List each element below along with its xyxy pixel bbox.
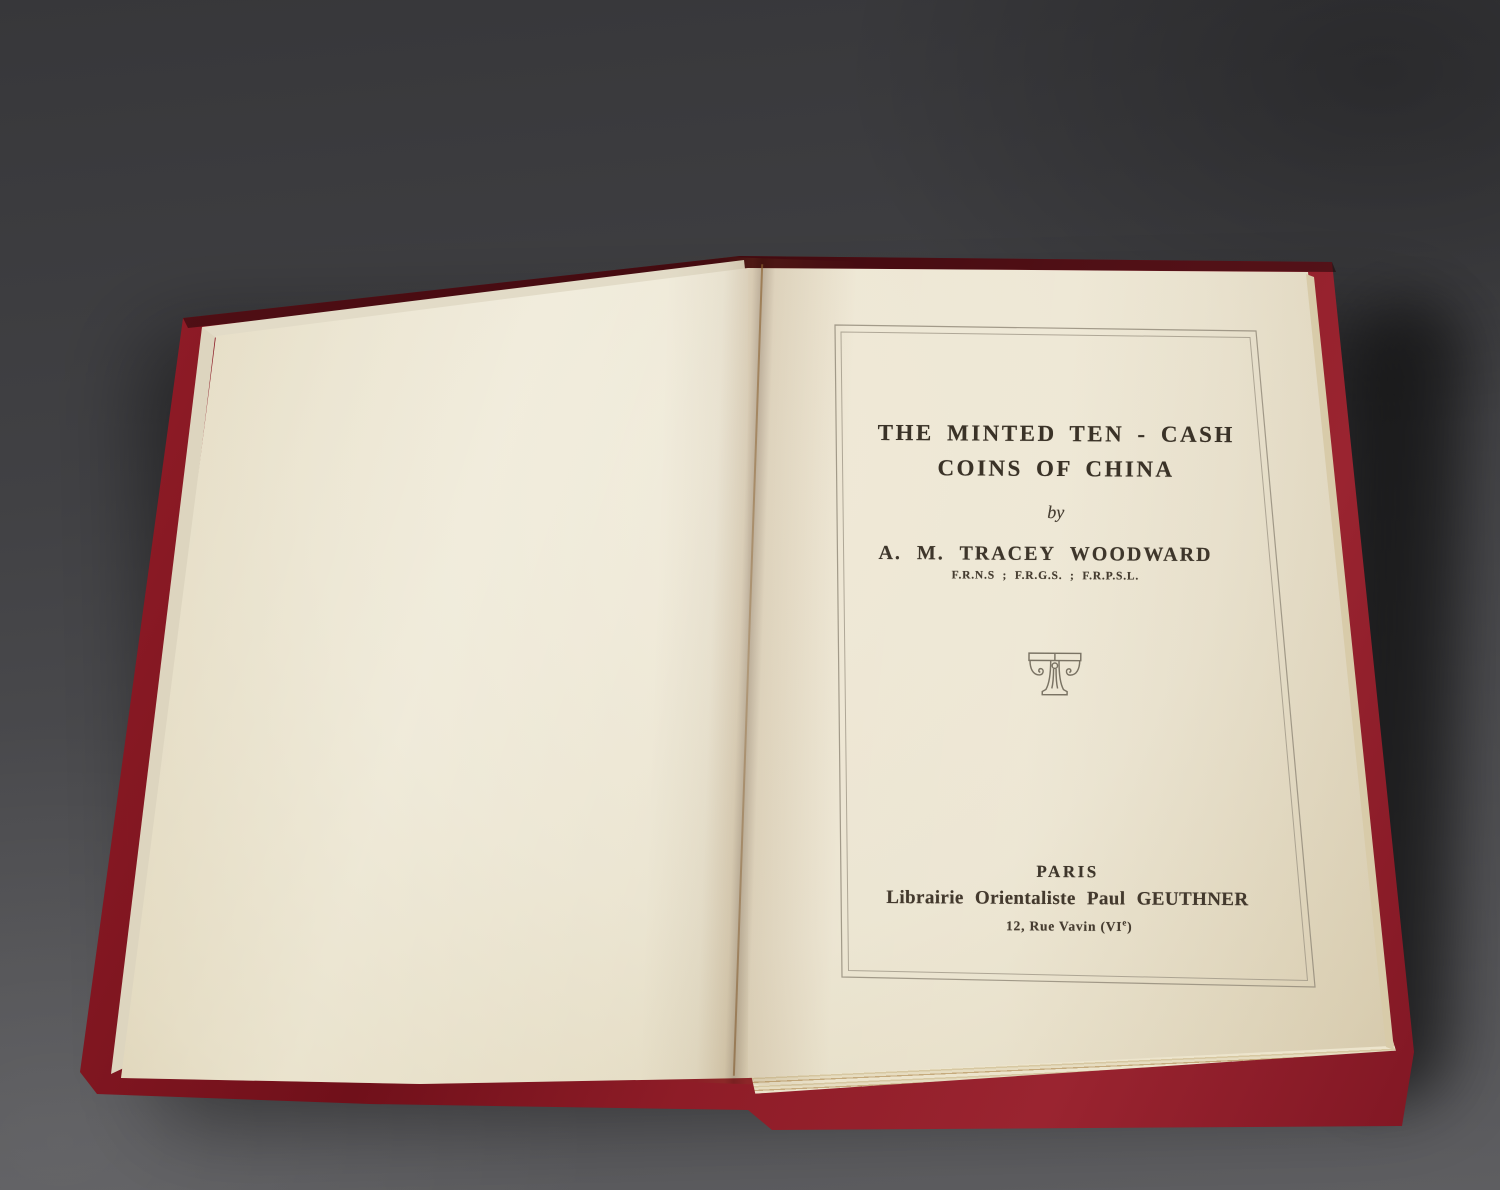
imprint-address: 12, Rue Vavin (VIe) bbox=[859, 916, 1279, 936]
author-name: A. M. TRACEY WOODWARD bbox=[835, 542, 1255, 568]
photo-scene: THE MINTED TEN - CASH COINS OF CHINA by … bbox=[0, 0, 1500, 1190]
printers-mark-icon bbox=[1026, 650, 1084, 700]
book-title-line-2: COINS OF CHINA bbox=[846, 455, 1266, 484]
book-title-line-1: THE MINTED TEN - CASH bbox=[846, 420, 1266, 449]
imprint-address-main: 12, Rue Vavin (VI bbox=[1006, 918, 1122, 934]
imprint-publisher: Librairie Orientaliste Paul GEUTHNER bbox=[857, 887, 1277, 912]
imprint-address-close: ) bbox=[1127, 919, 1132, 934]
imprint-city: PARIS bbox=[858, 861, 1278, 884]
author-credentials: F.R.N.S ; F.R.G.S. ; F.R.P.S.L. bbox=[835, 569, 1255, 584]
byline: by bbox=[846, 501, 1266, 525]
title-page-text-block: THE MINTED TEN - CASH COINS OF CHINA by … bbox=[0, 0, 1500, 1190]
